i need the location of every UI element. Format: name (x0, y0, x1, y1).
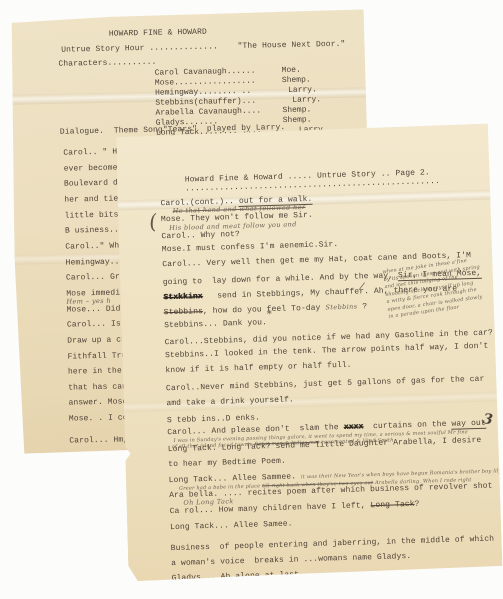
photo-background: HOWARD FINE & HOWARD Untrue Story Hour .… (0, 0, 503, 599)
typed-line: Mose. . I cou (69, 413, 133, 423)
typed-text: Carol..Never mind Stebbins, just get 5 g… (166, 375, 485, 393)
typed-line: Carol..Never mind Stebbins, just get 5 g… (166, 375, 485, 393)
pencil-page-number: 3 (482, 411, 493, 428)
photo-of-script-pages: { "palette":{"background":"#fcfcfb","pap… (0, 0, 503, 599)
cast-actor: Larry. (292, 95, 321, 105)
typed-text: to hear my Bedtime Poem. (168, 457, 286, 469)
typed-line: Carol.." Wha (65, 241, 124, 251)
typed-text: Stebbins (164, 307, 203, 317)
characters-label: Characters.......... (58, 58, 156, 69)
front-page: Howard Fine & Howard ..... Untrue Story … (112, 124, 502, 582)
typed-line: Carol.. " Ho (63, 147, 122, 157)
typed-line: S tebb ins..D enks. (167, 413, 260, 425)
typed-text: send in Stebbings, My chauffer. (202, 287, 374, 301)
typed-line: know if it is half empty or half full. (165, 361, 351, 376)
typed-line: Mose... Did (67, 304, 126, 314)
typed-line: to hear my Bedtime Poem. (168, 457, 286, 469)
typed-text: amd take a drink yourself. (166, 395, 294, 408)
typed-line: little bits, (65, 210, 124, 220)
typed-line: amd take a drink yourself. (166, 395, 294, 408)
typed-line: Carol... Is t (67, 319, 131, 329)
typed-line: Gladys... Ah alone at last. (172, 570, 305, 583)
cast-actor: Shemp. (282, 105, 311, 115)
typed-line: here in the h (68, 366, 132, 376)
typed-text: ? (414, 500, 419, 509)
script-title: HOWARD FINE & HOWARD (109, 28, 207, 39)
typed-line: Fithfall True (68, 351, 132, 361)
typed-text: Gladys... Ah alone at last. (172, 570, 305, 583)
cast-role: Arabella Cavanaugh.... (155, 107, 261, 118)
pencil-asterisk-mark: * (267, 309, 272, 320)
typed-line: Business of people entering and jaberrin… (171, 535, 495, 554)
typed-line: Long Tack... Allee Samee. (170, 520, 293, 533)
typed-line: Stebbins, how do you feel To-day Stebbin… (164, 302, 368, 317)
typed-line: a woman's voice breaks in ...womans name… (171, 552, 411, 568)
typed-text: ? (357, 302, 367, 311)
script-subtitle: Untrue Story Hour .............. "The Ho… (61, 40, 345, 55)
cast-list: Carol Cavanaugh......Moe.Mose...........… (9, 9, 366, 16)
typed-text: , how do you feel To-day (203, 303, 326, 316)
typed-line: Stebbins... Dank you. (164, 318, 267, 330)
typed-text: Business of people entering and jaberrin… (171, 535, 495, 554)
typed-text: Long Tack... Allee Samee. (170, 520, 293, 533)
cast-actor: Shemp. (282, 75, 311, 85)
typed-text: Stxkkinx (163, 292, 202, 302)
typed-line: Carol.. Why not? (161, 230, 240, 241)
typed-line: Mose.I must confess I'm aenemic.Sir. (162, 240, 339, 254)
typed-line: answer. Mose, (68, 397, 132, 407)
typed-line: B usiness... (65, 225, 124, 235)
typed-line: Draw up a cha (67, 335, 131, 345)
typed-text: S tebb ins..D enks. (167, 413, 260, 425)
cast-actor: Larry. (288, 85, 317, 95)
typed-text: a woman's voice breaks in ...womans name… (171, 552, 411, 568)
typed-text: Long Tack (370, 500, 414, 510)
typed-line: that has caus (68, 382, 132, 392)
handwritten-text: Stebbins (325, 302, 357, 311)
typed-text: Mose.I must confess I'm aenemic.Sir. (162, 240, 339, 254)
handwritten-margin-note: when at me joke in these a'fineby its sp… (382, 253, 503, 321)
typed-text: Stebbins... Dank you. (164, 318, 267, 330)
back-page-body: Carol.. " Hoever become iBoulevard dowhe… (9, 9, 366, 16)
pencil-paren-mark: ( (147, 209, 158, 234)
cast-actor: Moe. (282, 66, 301, 75)
typed-text: know if it is half empty or half full. (165, 361, 351, 376)
typed-text: Carol.. Why not? (161, 230, 240, 241)
typed-line: Carol... Hm,h (69, 435, 133, 445)
cast-actor: Shemp. (283, 115, 312, 125)
